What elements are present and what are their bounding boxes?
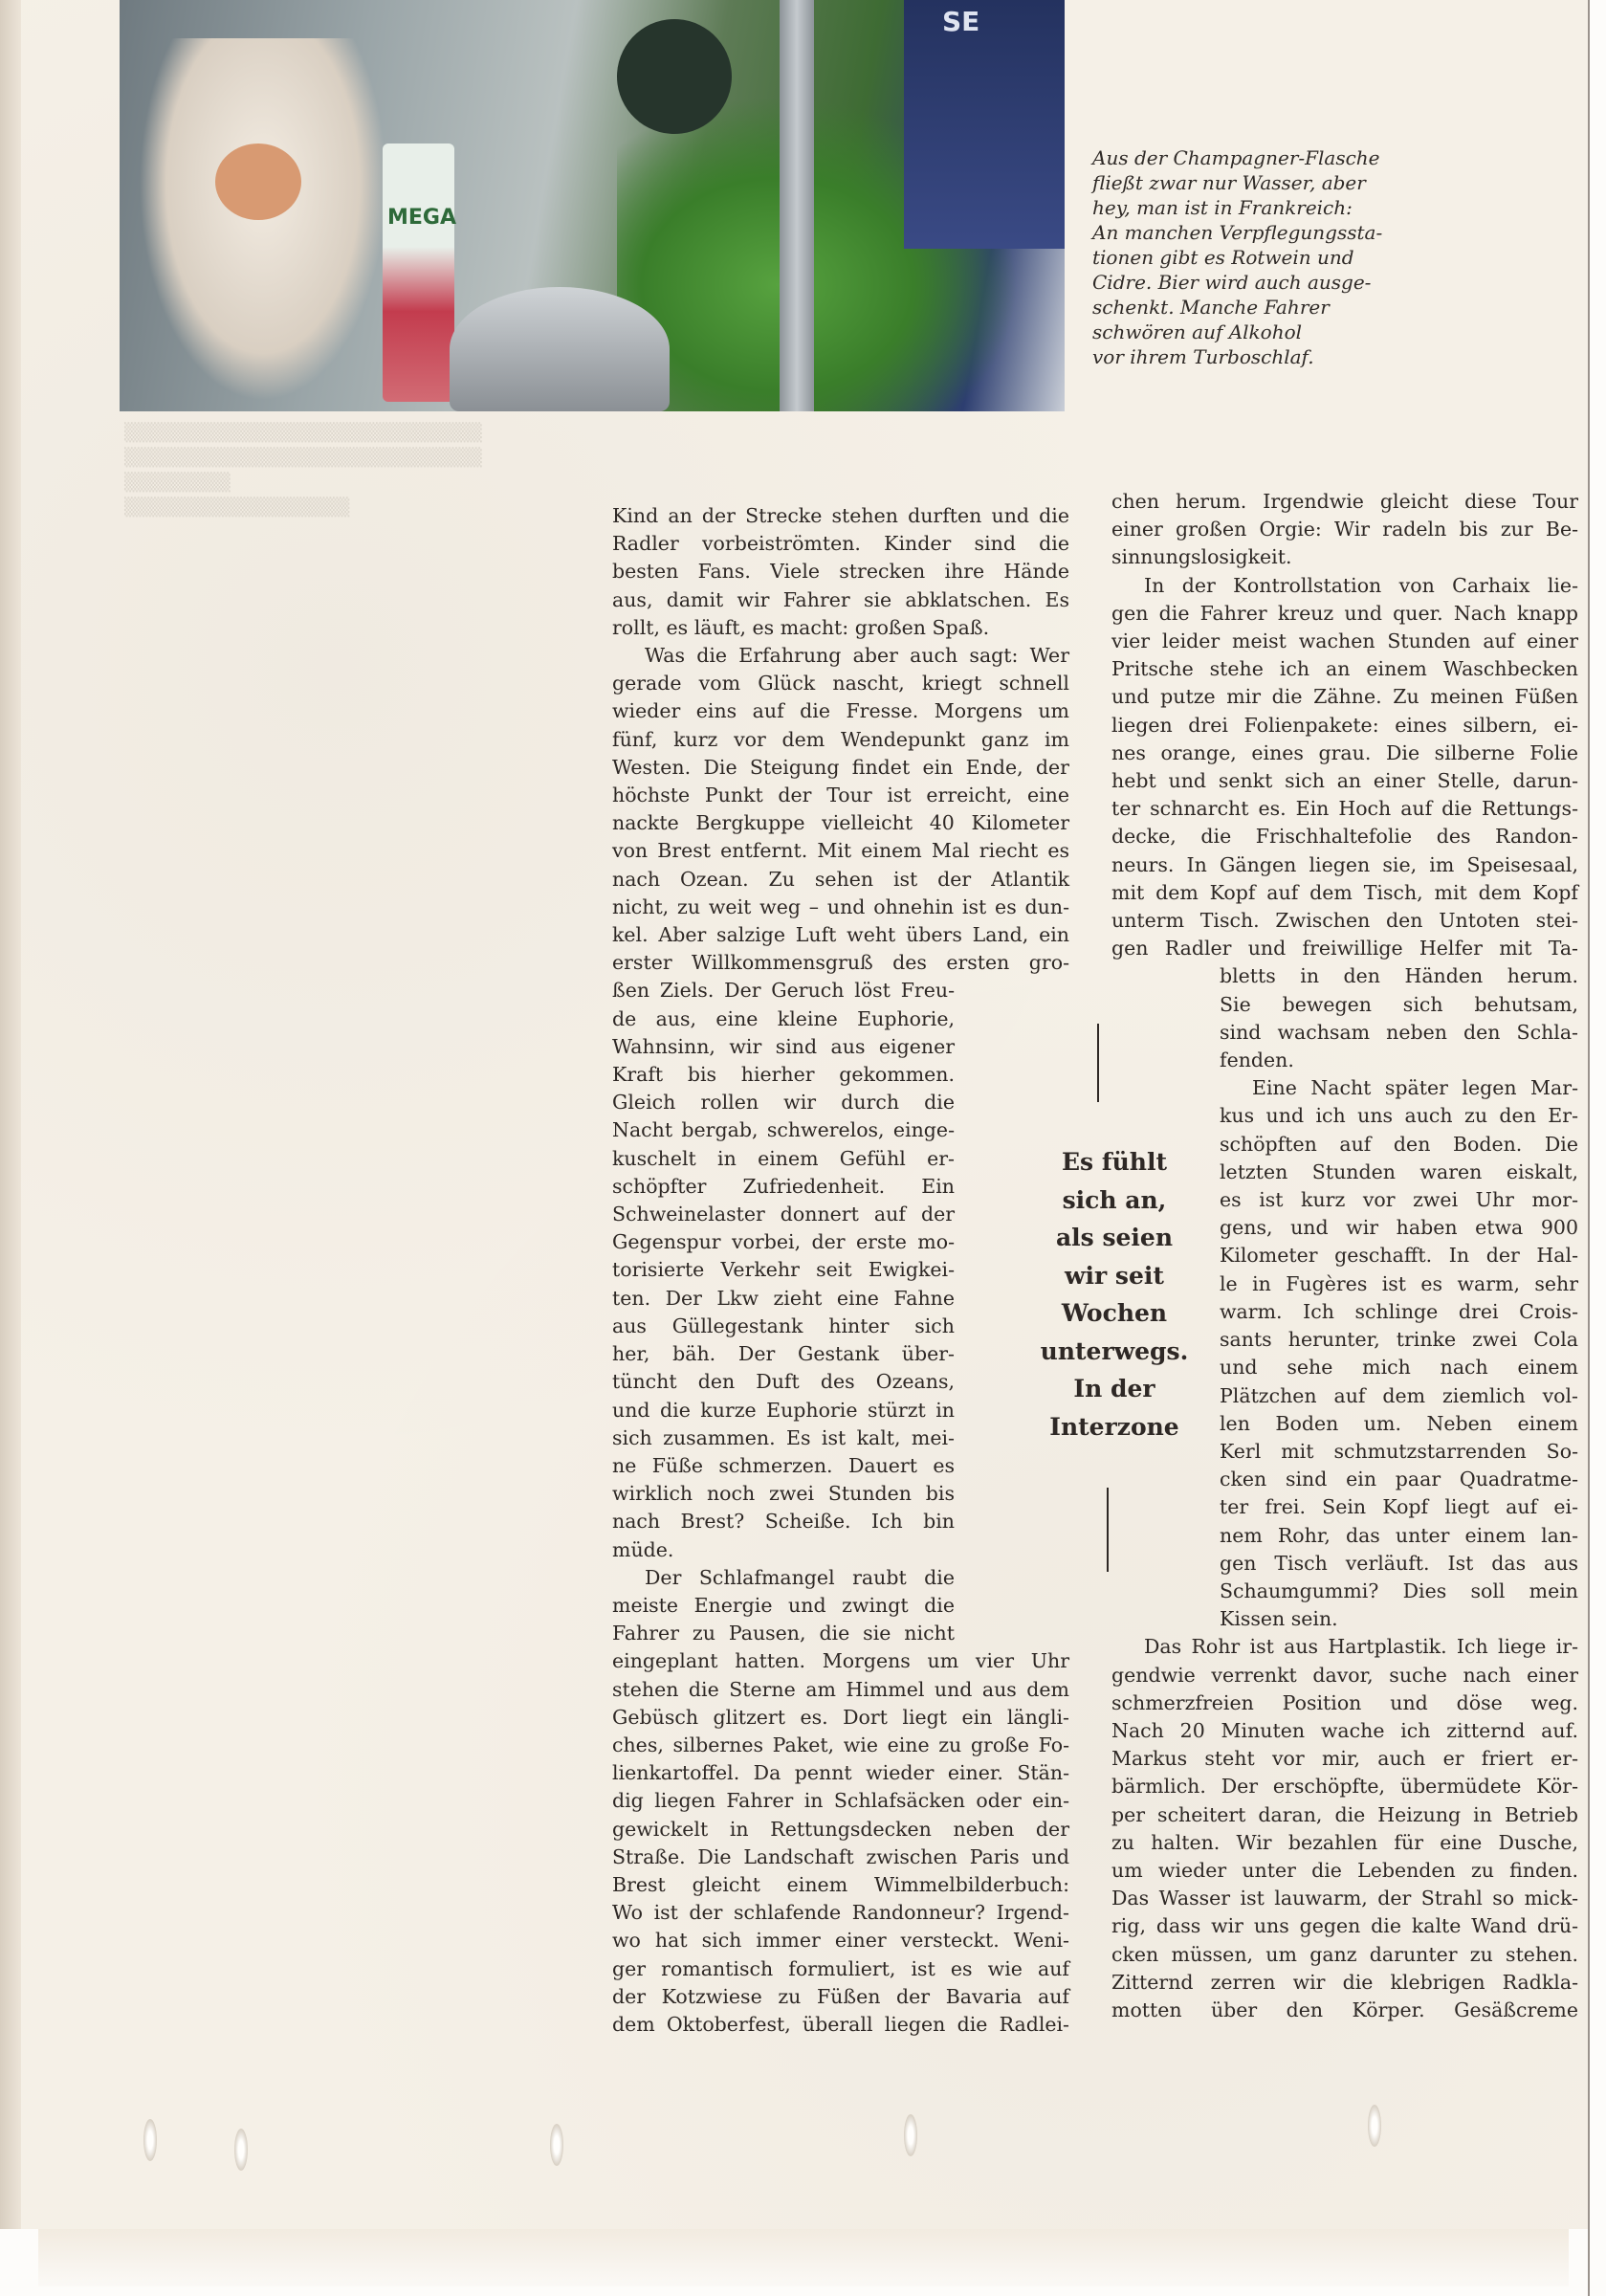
- caption-line: tionen gibt es Rotwein und: [1092, 245, 1418, 270]
- article-line: Gegenspur vorbei, der erste mo-: [612, 1228, 955, 1256]
- chef-figurine: [139, 38, 387, 402]
- pull-quote-line: Wochen: [1019, 1294, 1210, 1333]
- article-line: nach Ozean. Zu sehen ist der Atlantik: [612, 866, 1069, 894]
- caption-line: Aus der Champagner-Flasche: [1092, 145, 1418, 170]
- pull-quote: Es fühltsich an,als seienwir seitWochenu…: [1019, 1143, 1210, 1446]
- caption-line: hey, man ist in Frankreich:: [1092, 195, 1418, 220]
- article-line: und sehe mich nach einem: [1220, 1354, 1578, 1381]
- article-line: Nacht bergab, schwerelos, einge-: [612, 1116, 955, 1144]
- article-line: wo hat sich immer einer versteckt. Weni-: [612, 1927, 1069, 1954]
- article-line: nem Rohr, das unter einem lan-: [1220, 1522, 1578, 1550]
- article-line: wieder eins auf die Fresse. Morgens um: [612, 697, 1069, 725]
- article-line: chen herum. Irgendwie gleicht diese Tour: [1111, 488, 1578, 516]
- article-line: Brest gleicht einem Wimmelbilderbuch:: [612, 1871, 1069, 1899]
- article-line: Eine Nacht später legen Mar-: [1220, 1074, 1578, 1102]
- article-line: stehen die Sterne am Himmel und aus dem: [612, 1676, 1069, 1704]
- article-line: bletts in den Händen herum.: [1220, 962, 1578, 990]
- pull-quote-line: unterwegs.: [1019, 1333, 1210, 1371]
- article-line: gendwie verrenkt davor, suche nach einer: [1111, 1662, 1578, 1689]
- scan-edge-left: [0, 0, 21, 2229]
- article-line: sants herunter, trinke zwei Cola: [1220, 1326, 1578, 1354]
- pull-quote-line: als seien: [1019, 1219, 1210, 1257]
- staple-mark: [550, 2124, 563, 2166]
- article-line: len Boden um. Neben einem: [1220, 1410, 1578, 1438]
- article-line: ger romantisch formuliert, ist es wie au…: [612, 1955, 1069, 1983]
- pull-quote-line: In der: [1019, 1370, 1210, 1408]
- article-line: neurs. In Gängen liegen sie, im Speisesa…: [1111, 851, 1578, 879]
- article-line: Kind an der Strecke stehen durften und d…: [612, 502, 1069, 530]
- article-line: Pritsche stehe ich an einem Waschbecken: [1111, 655, 1578, 683]
- article-line: kus und ich uns auch zu den Er-: [1220, 1102, 1578, 1130]
- chef-figurine-face: [215, 143, 301, 220]
- article-line: Markus steht vor mir, auch er friert er-: [1111, 1745, 1578, 1773]
- article-line: sinnungslosigkeit.: [1111, 543, 1578, 571]
- article-line: meiste Energie und zwingt die: [612, 1592, 955, 1620]
- article-line: Kissen sein.: [1220, 1605, 1578, 1633]
- article-line: ne Füße schmerzen. Dauert es: [612, 1452, 955, 1480]
- article-line: höchste Punkt der Tour ist erreicht, ein…: [612, 782, 1069, 809]
- staple-mark: [1368, 2105, 1381, 2147]
- scan-edge-right: [1588, 0, 1606, 2296]
- scan-edge-bottom: [38, 2229, 1569, 2286]
- article-line: Was die Erfahrung aber auch sagt: Wer: [612, 642, 1069, 670]
- article-line: ßen Ziels. Der Geruch löst Freu-: [612, 977, 955, 1004]
- article-line: cken sind ein paar Quadratme-: [1220, 1466, 1578, 1493]
- jersey-text: SE: [942, 6, 979, 37]
- article-line: Nach 20 Minuten wache ich zitternd auf.: [1111, 1717, 1578, 1745]
- article-photo: MEGA SE: [120, 0, 1065, 411]
- article-line: letzten Stunden waren eiskalt,: [1220, 1159, 1578, 1186]
- article-line: ten. Der Lkw zieht eine Fahne: [612, 1285, 955, 1313]
- article-line: Gleich rollen wir durch die: [612, 1089, 955, 1116]
- article-line: gen Tisch verläuft. Ist das aus: [1220, 1550, 1578, 1578]
- pull-quote-line: Interzone: [1019, 1408, 1210, 1446]
- article-line: ter schnarcht es. Ein Hoch auf die Rettu…: [1111, 795, 1578, 823]
- article-line: unterm Tisch. Zwischen den Untoten stei-: [1111, 907, 1578, 935]
- article-line: Straße. Die Landschaft zwischen Paris un…: [612, 1843, 1069, 1871]
- article-line: eingeplant hatten. Morgens um vier Uhr: [612, 1647, 1069, 1675]
- article-line: fünf, kurz vor dem Wendepunkt ganz im: [612, 726, 1069, 754]
- metal-bowl: [450, 287, 670, 411]
- caption-line: vor ihrem Turboschlaf.: [1092, 344, 1418, 369]
- article-line: Wahnsinn, wir sind aus eigener: [612, 1033, 955, 1061]
- article-line: erster Willkommensgruß des ersten gro-: [612, 949, 1069, 977]
- carton-label: MEGA: [387, 206, 450, 230]
- article-line: nach Brest? Scheiße. Ich bin: [612, 1508, 955, 1535]
- article-line: per scheitert daran, die Heizung in Betr…: [1111, 1801, 1578, 1829]
- article-line: fenden.: [1220, 1047, 1578, 1074]
- caption-line: fließt zwar nur Wasser, aber: [1092, 170, 1418, 195]
- article-line: mit dem Kopf auf dem Tisch, mit dem Kopf: [1111, 879, 1578, 907]
- article-line: sich zusammen. Es ist kalt, mei-: [612, 1424, 955, 1452]
- article-line: vier leider meist wachen Stunden auf ein…: [1111, 628, 1578, 655]
- article-line: von Brest entfernt. Mit einem Mal riecht…: [612, 837, 1069, 865]
- pull-quote-line: Es fühlt: [1019, 1143, 1210, 1181]
- article-line: kuschelt in einem Gefühl er-: [612, 1145, 955, 1173]
- article-line: Westen. Die Steigung findet ein Ende, de…: [612, 754, 1069, 782]
- article-line: liegen drei Folienpakete: eines silbern,…: [1111, 712, 1578, 740]
- article-line: rollt, es läuft, es macht: großen Spaß.: [612, 614, 1069, 642]
- article-line: es ist kurz vor zwei Uhr mor-: [1220, 1186, 1578, 1214]
- article-line: Kerl mit schmutzstarrenden So-: [1220, 1438, 1578, 1466]
- pull-quote-line: wir seit: [1019, 1257, 1210, 1295]
- article-line: zu halten. Wir bezahlen für eine Dusche,: [1111, 1829, 1578, 1857]
- caption-line: An manchen Verpflegungssta-: [1092, 220, 1418, 245]
- article-line: nackte Bergkuppe vielleicht 40 Kilometer: [612, 809, 1069, 837]
- juice-carton: [383, 143, 454, 402]
- article-line: dem Oktoberfest, überall liegen die Radl…: [612, 2011, 1069, 2039]
- article-line: motten über den Körper. Gesäßcreme: [1111, 1997, 1578, 2024]
- article-line: cken müssen, um ganz darunter zu stehen.: [1111, 1941, 1578, 1969]
- article-line: sind wachsam neben den Schla-: [1220, 1019, 1578, 1047]
- article-line: Wo ist der schlafende Randonneur? Irgend…: [612, 1899, 1069, 1927]
- article-line: aus, damit wir Fahrer sie abklatschen. E…: [612, 586, 1069, 614]
- article-line: und putze mir die Zähne. Zu meinen Füßen: [1111, 683, 1578, 711]
- article-line: gen Radler und freiwillige Helfer mit Ta…: [1111, 935, 1578, 962]
- article-line: nicht, zu weit weg – und ohnehin ist es …: [612, 894, 1069, 921]
- article-line: Fahrer zu Pausen, die sie nicht: [612, 1620, 955, 1647]
- staple-mark: [143, 2119, 157, 2161]
- article-line: torisierte Verkehr seit Ewigkei-: [612, 1256, 955, 1284]
- article-line: tüncht den Duft des Ozeans,: [612, 1368, 955, 1396]
- article-line: ches, silbernes Paket, wie eine zu große…: [612, 1732, 1069, 1759]
- article-line: lienkartoffel. Da pennt wieder einer. St…: [612, 1759, 1069, 1787]
- article-line: Sie bewegen sich behutsam,: [1220, 991, 1578, 1019]
- article-line: de aus, eine kleine Euphorie,: [612, 1005, 955, 1033]
- photo-caption: Aus der Champagner-Flaschefließt zwar nu…: [1092, 145, 1418, 369]
- article-line: und die kurze Euphorie stürzt in: [612, 1397, 955, 1424]
- article-column-left: Kind an der Strecke stehen durften und d…: [612, 502, 1071, 2039]
- pull-quote-line: sich an,: [1019, 1181, 1210, 1220]
- article-line: aus Güllegestank hinter sich: [612, 1313, 955, 1340]
- caption-line: schenkt. Manche Fahrer: [1092, 295, 1418, 320]
- article-line: Kraft bis hierher gekommen.: [612, 1061, 955, 1089]
- metal-pole: [780, 0, 814, 411]
- article-line: nes orange, eines grau. Die silberne Fol…: [1111, 740, 1578, 767]
- pull-quote-rule-bottom: [1107, 1488, 1109, 1572]
- staple-mark: [234, 2129, 248, 2171]
- article-line: her, bäh. Der Gestank über-: [612, 1340, 955, 1368]
- article-line: schöpften auf den Boden. Die: [1220, 1131, 1578, 1159]
- article-line: hebt und senkt sich an einer Stelle, dar…: [1111, 767, 1578, 795]
- show-through-text: ▒▒▒▒▒▒▒▒▒▒▒▒▒▒▒▒▒▒▒▒▒▒▒▒▒▒▒ ▒▒▒▒▒▒▒▒▒▒▒▒…: [124, 421, 574, 520]
- article-line: bärmlich. Der erschöpfte, übermüdete Kör…: [1111, 1773, 1578, 1800]
- caption-line: schwören auf Alkohol: [1092, 320, 1418, 344]
- article-line: Schweinelaster donnert auf der: [612, 1201, 955, 1228]
- article-line: schmerzfreien Position und döse weg.: [1111, 1689, 1578, 1717]
- article-line: Das Rohr ist aus Hartplastik. Ich liege …: [1111, 1633, 1578, 1661]
- article-line: schöpfter Zufriedenheit. Ein: [612, 1173, 955, 1201]
- article-line: decke, die Frischhaltefolie des Randon-: [1111, 823, 1578, 850]
- article-line: Das Wasser ist lauwarm, der Strahl so mi…: [1111, 1885, 1578, 1912]
- article-line: Radler vorbeiströmten. Kinder sind die: [612, 530, 1069, 558]
- staple-mark: [904, 2114, 917, 2156]
- article-line: der Kotzwiese zu Füßen der Bavaria auf: [612, 1983, 1069, 2011]
- article-line: Kilometer geschafft. In der Hal-: [1220, 1242, 1578, 1269]
- cyclist-jersey: [904, 0, 1065, 249]
- article-line: gerade vom Glück nascht, kriegt schnell: [612, 670, 1069, 697]
- pull-quote-rule-top: [1097, 1024, 1099, 1102]
- article-line: gewickelt in Rettungsdecken neben der: [612, 1816, 1069, 1843]
- caption-line: Cidre. Bier wird auch ausge-: [1092, 270, 1418, 295]
- article-line: Gebüsch glitzert es. Dort liegt ein läng…: [612, 1704, 1069, 1732]
- article-line: gens, und wir haben etwa 900: [1220, 1214, 1578, 1242]
- article-line: Plätzchen auf dem ziemlich vol-: [1220, 1382, 1578, 1410]
- article-line: Zitternd zerren wir die klebrigen Radkla…: [1111, 1969, 1578, 1997]
- article-line: kel. Aber salzige Luft weht übers Land, …: [612, 921, 1069, 949]
- article-line: Schaumgummi? Dies soll mein: [1220, 1578, 1578, 1605]
- article-line: wirklich noch zwei Stunden bis: [612, 1480, 955, 1508]
- article-line: besten Fans. Viele strecken ihre Hände: [612, 558, 1069, 585]
- article-line: dig liegen Fahrer in Schlafsäcken oder e…: [612, 1787, 1069, 1815]
- article-line: warm. Ich schlinge drei Crois-: [1220, 1298, 1578, 1326]
- article-line: gen die Fahrer kreuz und quer. Nach knap…: [1111, 600, 1578, 628]
- article-line: Der Schlafmangel raubt die: [612, 1564, 955, 1592]
- article-line: le in Fugères ist es warm, sehr: [1220, 1270, 1578, 1298]
- article-line: müde.: [612, 1536, 955, 1564]
- article-line: ter frei. Sein Kopf liegt auf ei-: [1220, 1493, 1578, 1521]
- article-line: rig, dass wir uns gegen die kalte Wand d…: [1111, 1912, 1578, 1940]
- article-line: um wieder unter die Lebenden zu finden.: [1111, 1857, 1578, 1885]
- article-line: einer großen Orgie: Wir radeln bis zur B…: [1111, 516, 1578, 543]
- article-line: In der Kontrollstation von Carhaix lie-: [1111, 572, 1578, 600]
